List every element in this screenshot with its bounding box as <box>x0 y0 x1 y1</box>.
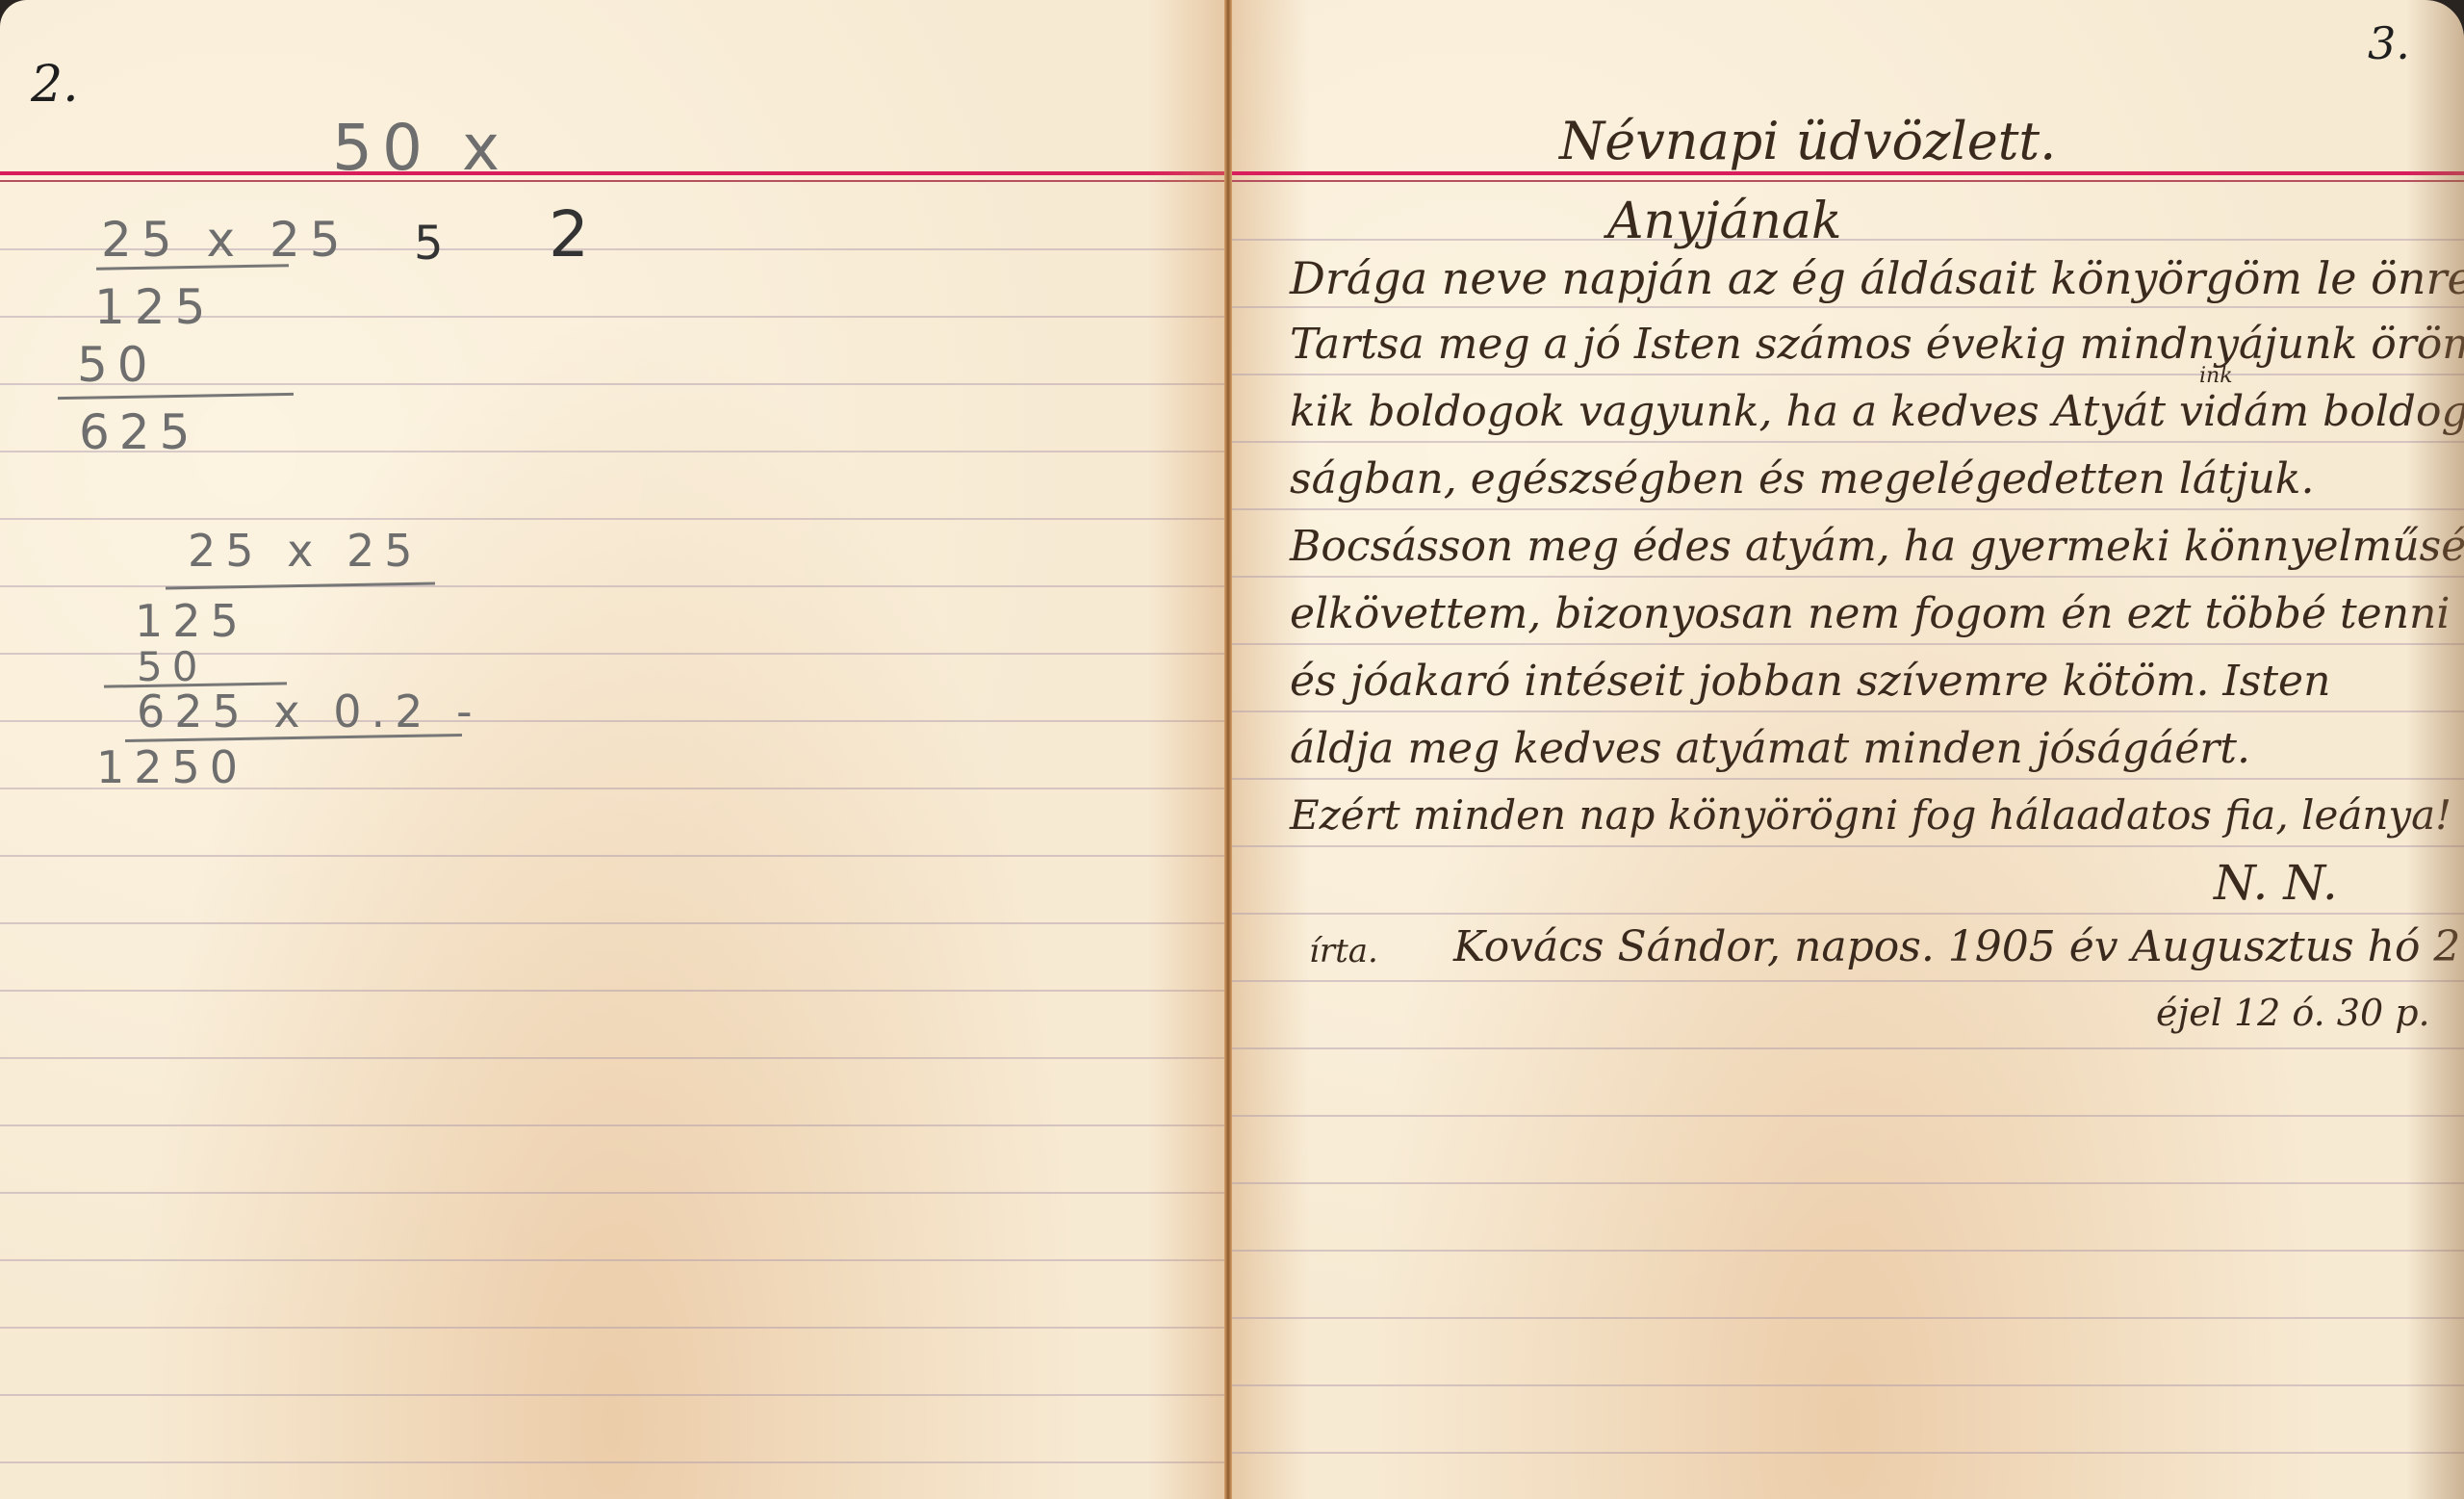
side-note-2: 2 <box>549 197 599 271</box>
notebook-spread: 2. 50 x 5 2 25 x 25 125 50 625 25 x 25 1… <box>0 0 2464 1499</box>
signature-prefix: írta. <box>1309 932 1378 970</box>
letter-line: Tartsa meg a jó Isten számos évekig mind… <box>1290 320 2464 369</box>
letter-line: ságban, egészségben és megelégedetten lá… <box>1290 454 2314 504</box>
book-gutter <box>1224 0 1232 1499</box>
letter-line: Drága neve napján az ég áldásait könyörg… <box>1290 252 2464 304</box>
letter-line: kik boldogok vagyunk, ha a kedves Atyát … <box>1290 387 2464 436</box>
calc1-result: 625 <box>79 404 199 460</box>
red-margin-line <box>1232 171 2464 175</box>
letter-line: Ezért minden nap könyörögni fog hálaadat… <box>1290 791 2451 839</box>
letter-title: Névnapi üdvözlett. <box>1559 111 2056 171</box>
red-margin-line <box>0 171 1224 175</box>
page-number-left: 2. <box>31 56 79 114</box>
initials: N. N. <box>2214 855 2338 911</box>
letter-line: Bocsásson meg édes atyám, ha gyermeki kö… <box>1290 522 2464 571</box>
signature-time: éjel 12 ó. 30 p. <box>2156 992 2430 1034</box>
calc1-partial1: 125 <box>94 279 215 335</box>
letter-line: áldja meg kedves atyámat minden jóságáér… <box>1290 724 2250 773</box>
page-number-right: 3. <box>2368 17 2410 69</box>
side-note-5: 5 <box>414 217 453 271</box>
letter-line: elkövettem, bizonyosan nem fogom én ezt … <box>1290 589 2450 638</box>
calc1-partial2: 50 <box>77 337 158 393</box>
left-page: 2. 50 x 5 2 25 x 25 125 50 625 25 x 25 1… <box>0 0 1224 1499</box>
calc2-partial1: 125 <box>135 595 248 647</box>
calc1-problem: 25 x 25 <box>101 212 350 268</box>
calc2-result-line: 625 x 0.2 - <box>137 685 482 737</box>
right-page: 3. Névnapi üdvözlett. Anyjának Drága nev… <box>1232 0 2464 1499</box>
red-margin-line-thin <box>1232 180 2464 182</box>
signature-text: Kovács Sándor, napos. 1905 év Augusztus … <box>1453 922 2464 971</box>
letter-line: és jóakaró intéseit jobban szívemre kötö… <box>1290 657 2330 706</box>
calc2-problem: 25 x 25 <box>188 525 423 577</box>
letter-subtitle: Anyjának <box>1607 193 1842 250</box>
red-margin-line-thin <box>0 180 1224 182</box>
calc2-final: 1250 <box>96 741 247 793</box>
correction-insert: ink <box>2199 364 2233 388</box>
math-heading: 50 x <box>332 111 509 185</box>
